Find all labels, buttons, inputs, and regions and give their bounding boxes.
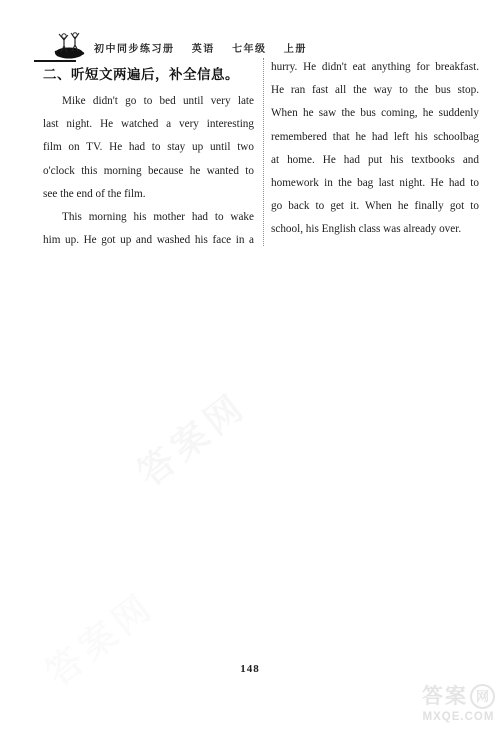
watermark-site: MXQE.COM xyxy=(422,711,495,723)
section-heading: 二、听短文两遍后，补全信息。 xyxy=(43,63,254,83)
page-number: 148 xyxy=(0,663,500,675)
watermark-brand-circled-icon: 网 xyxy=(470,684,495,709)
book-title: 初中同步练习册 英语 七年级 上册 xyxy=(94,40,320,55)
left-column: 二、听短文两遍后，补全信息。 Mike didn't go to bed unt… xyxy=(43,63,254,252)
text-line: last night. He watched a very interestin… xyxy=(43,113,254,136)
logo-underline-rule xyxy=(34,60,76,62)
watermark-brand-text: 答案 xyxy=(422,685,468,708)
book-title-volume: 上册 xyxy=(284,44,307,55)
corner-watermark: 答案网 MXQE.COM xyxy=(422,684,495,723)
text-line: This morning his mother had to wake xyxy=(43,206,254,229)
book-title-subject: 英语 xyxy=(192,44,215,55)
text-line: Mike didn't go to bed until very late xyxy=(43,90,254,113)
page-header: 初中同步练习册 英语 七年级 上册 xyxy=(52,27,320,59)
right-column: hurry. He didn't eat anything for breakf… xyxy=(271,56,479,242)
text-line: film on TV. He had to stay up until two xyxy=(43,136,254,159)
ink-splash-figures-logo-icon xyxy=(52,27,86,59)
text-line: school, his English class was already ov… xyxy=(271,218,479,241)
text-line: go back to get it. When he finally got t… xyxy=(271,195,479,218)
diagonal-watermark: 答案网 xyxy=(126,379,257,497)
text-line: homework in the bag last night. He had t… xyxy=(271,172,479,195)
text-line: him up. He got up and washed his face in… xyxy=(43,229,254,252)
text-line: o'clock this morning because he wanted t… xyxy=(43,160,254,183)
text-line: hurry. He didn't eat anything for breakf… xyxy=(271,56,479,79)
column-divider xyxy=(263,58,264,246)
text-line: remembered that he had left his schoolba… xyxy=(271,126,479,149)
text-line: see the end of the film. xyxy=(43,183,254,206)
watermark-brand: 答案网 xyxy=(422,684,495,709)
text-line: He ran fast all the way to the bus stop. xyxy=(271,79,479,102)
book-title-series: 初中同步练习册 xyxy=(94,44,175,55)
book-title-grade: 七年级 xyxy=(232,44,267,55)
diagonal-watermark: 答案网 xyxy=(34,579,165,697)
text-line: at home. He had put his textbooks and xyxy=(271,149,479,172)
text-line: When he saw the bus coming, he suddenly xyxy=(271,102,479,125)
